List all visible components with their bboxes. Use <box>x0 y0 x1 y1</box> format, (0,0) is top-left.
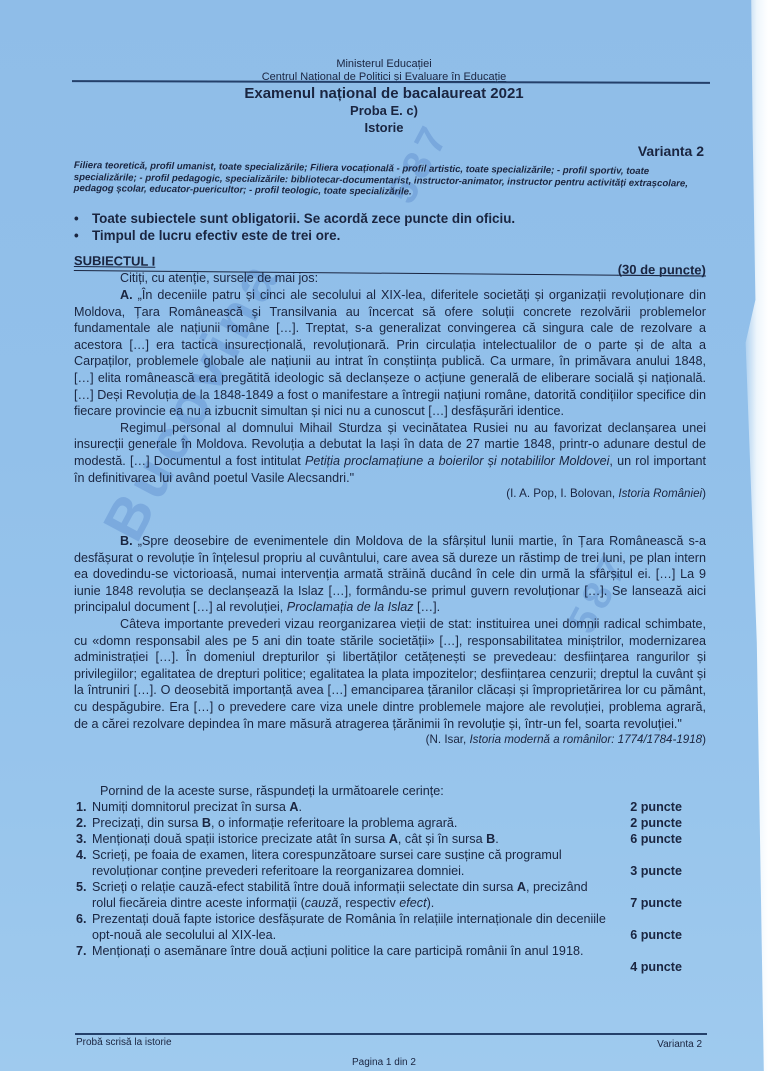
task-number: 3. <box>76 831 87 847</box>
task-text-wrap: Scrieți o relație cauză-efect stabilită … <box>92 879 612 911</box>
task-text: ). <box>427 896 435 910</box>
source-b-document-title: Proclamația de la Islaz <box>287 600 414 614</box>
task-item-3: 3. Menționați două spații istorice preci… <box>76 831 682 847</box>
bullet-icon: • <box>74 210 79 227</box>
source-a-document-title: Petiția proclamațiune a boierilor și not… <box>305 454 609 468</box>
task-points: 3 puncte <box>630 863 682 879</box>
task-text: . <box>495 832 499 846</box>
task-points: 6 puncte <box>630 927 682 943</box>
section-title: SUBIECTUL I <box>74 253 156 269</box>
filiera-description: Filiera teoretică, profil umanist, toate… <box>74 160 712 201</box>
exam-rules: • Toate subiectele sunt obligatorii. Se … <box>74 210 714 244</box>
citation-title: Istoria modernă a românilor: 1774/1784-1… <box>469 733 702 746</box>
citation-close: ) <box>702 487 706 500</box>
bullet-icon: • <box>74 227 79 244</box>
task-source-ref: B <box>486 832 495 846</box>
rule-item: • Timpul de lucru efectiv este de trei o… <box>74 227 714 244</box>
task-points: 2 puncte <box>630 815 682 831</box>
task-points: 7 puncte <box>630 895 682 911</box>
rule-text: Timpul de lucru efectiv este de trei ore… <box>92 228 340 243</box>
task-number: 6. <box>76 911 87 927</box>
task-number: 1. <box>76 799 87 815</box>
task-text: Menționați o asemănare între două acțiun… <box>92 944 583 958</box>
task-item-6: 6. Prezentați două fapte istorice desfăș… <box>76 911 682 943</box>
task-text: Scrieți, pe foaia de examen, litera core… <box>92 847 612 879</box>
task-text: Scrieți o relație cauză-efect stabilită … <box>92 880 517 894</box>
task-points: 2 puncte <box>630 799 682 815</box>
citation-authors: (N. Isar, <box>426 733 470 746</box>
task-points: 6 puncte <box>630 831 682 847</box>
source-a: A. „În deceniile patru și cinci ale seco… <box>74 287 706 503</box>
task-text: Numiți domnitorul precizat în sursa <box>92 800 289 814</box>
section-intro: Citiți, cu atenție, sursele de mai jos: <box>74 270 706 287</box>
task-item-1: 1. Numiți domnitorul precizat în sursa A… <box>76 799 682 815</box>
rule-text: Toate subiectele sunt obligatorii. Se ac… <box>92 211 515 226</box>
source-b: B. „Spre deosebire de evenimentele din M… <box>74 533 706 749</box>
variant-label: Varianta 2 <box>638 143 704 159</box>
task-number: 4. <box>76 847 87 863</box>
task-source-ref: B <box>202 816 211 830</box>
footer-exam-label: Probă scrisă la istorie <box>76 1037 172 1048</box>
ministry-name: Ministerul Educației <box>0 58 768 70</box>
task-lead: Pornind de la aceste surse, răspundeți l… <box>76 783 682 799</box>
citation-close: ) <box>702 733 706 746</box>
exam-page: Bucovina 587 587 Ministerul Educației Ce… <box>0 0 768 1071</box>
task-number: 7. <box>76 943 87 959</box>
task-text: Precizați, din sursa <box>92 816 202 830</box>
task-text: , o informație referitoare la problema a… <box>211 816 457 830</box>
source-a-citation: (I. A. Pop, I. Bolovan, Istoria României… <box>74 486 706 503</box>
page-number: Pagina 1 din 2 <box>0 1057 768 1068</box>
task-number: 5. <box>76 879 87 895</box>
source-a-paragraph-2: Regimul personal al domnului Mihail Stur… <box>74 420 706 486</box>
source-b-text-1b: […]. <box>414 600 441 614</box>
source-a-paragraph-1: A. „În deceniile patru și cinci ale seco… <box>74 287 706 420</box>
task-source-ref: A <box>389 832 398 846</box>
task-text: , cât și în sursa <box>398 832 486 846</box>
task-text: . <box>298 800 302 814</box>
exam-proba: Proba E. c) <box>0 103 768 118</box>
task-item-4: 4. Scrieți, pe foaia de examen, litera c… <box>76 847 682 879</box>
task-list: Pornind de la aceste surse, răspundeți l… <box>76 783 682 975</box>
source-b-citation: (N. Isar, Istoria modernă a românilor: 1… <box>74 732 706 749</box>
source-a-text-1: „În deceniile patru și cinci ale secolul… <box>74 288 706 418</box>
footer-variant: Varianta 2 <box>657 1039 702 1050</box>
citation-authors: (I. A. Pop, I. Bolovan, <box>506 487 618 500</box>
task-number: 2. <box>76 815 87 831</box>
exam-subject: Istorie <box>0 120 768 135</box>
source-b-label: B. <box>120 534 133 548</box>
footer-rule <box>75 1033 707 1035</box>
source-a-label: A. <box>120 288 133 302</box>
task-source-ref: A <box>517 880 526 894</box>
task-text: , respectiv <box>338 896 399 910</box>
exam-title: Examenul național de bacalaureat 2021 <box>0 85 768 102</box>
rule-item: • Toate subiectele sunt obligatorii. Se … <box>74 210 714 227</box>
task-item-2: 2. Precizați, din sursa B, o informație … <box>76 815 682 831</box>
source-b-paragraph-1: B. „Spre deosebire de evenimentele din M… <box>74 533 706 616</box>
task-text: Menționați două spații istorice precizat… <box>92 832 389 846</box>
task-term: efect <box>399 896 426 910</box>
task-term: cauză <box>305 896 339 910</box>
task-item-7: 7. Menționați o asemănare între două acț… <box>76 943 682 975</box>
citation-title: Istoria României <box>618 487 702 500</box>
source-b-paragraph-2: Câteva importante prevederi vizau reorga… <box>74 616 706 732</box>
intro-text: Citiți, cu atenție, sursele de mai jos: <box>74 270 706 287</box>
task-points: 4 puncte <box>92 959 682 975</box>
task-item-5: 5. Scrieți o relație cauză-efect stabili… <box>76 879 682 911</box>
task-text: Prezentați două fapte istorice desfășura… <box>92 911 612 943</box>
